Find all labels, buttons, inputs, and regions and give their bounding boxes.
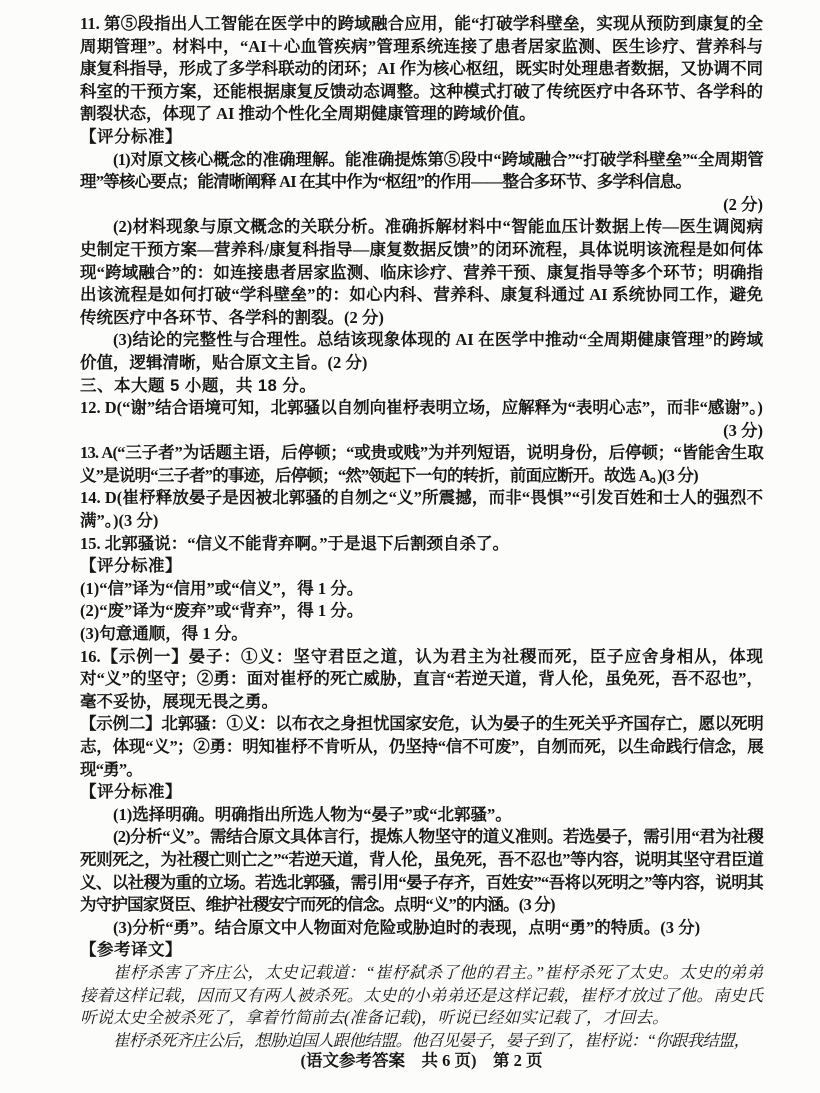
q16-criteria-item-2: (2)分析“义”。需结合原文具体言行，提炼人物坚守的道义准则。若选晏子，需引用“… <box>80 826 763 916</box>
section-3-heading: 三、本大题 5 小题，共 18 分。 <box>80 375 763 398</box>
translation-paragraph-1: 崔杼杀害了齐庄公，太史记载道：“崔杼弑杀了他的君主。”崔杼杀死了太史。太史的弟弟… <box>80 962 763 1030</box>
q15-criteria-item-1: (1)“信”译为“信用”或“信义”，得 1 分。 <box>80 578 763 601</box>
answer-sheet-page: 11. 第⑤段指出人工智能在医学中的跨域融合应用，能“打破学科壁垒，实现从预防到… <box>0 0 820 1093</box>
q11-criteria-score-1: (2 分) <box>80 194 763 217</box>
q15-answer: 15. 北郭骚说：“信义不能背弃啊。”于是退下后割颈自杀了。 <box>80 533 763 556</box>
q15-criteria-item-3: (3)句意通顺，得 1 分。 <box>80 623 763 646</box>
q11-criteria-item-1: (1)对原文核心概念的准确理解。能准确提炼第⑤段中“跨域融合”“打破学科壁垒”“… <box>80 149 763 194</box>
q14-answer: 14. D(崔杼释放晏子是因被北郭骚的自刎之“义”所震撼，而非“畏惧”“引发百姓… <box>80 487 763 532</box>
q11-criteria-item-2: (2)材料现象与原文概念的关联分析。准确拆解材料中“智能血压计数据上传—医生调阅… <box>80 216 763 329</box>
q16-example-1: 16.【示例一】晏子：①义：坚守君臣之道，认为君主为社稷而死，臣子应舍身相从，体… <box>80 646 763 714</box>
q15-criteria-heading: 【评分标准】 <box>80 555 763 578</box>
q11-criteria-heading: 【评分标准】 <box>80 126 763 149</box>
q16-criteria-item-3: (3)分析“勇”。结合原文中人物面对危险或胁迫时的表现，点明“勇”的特质。(3 … <box>80 917 763 940</box>
q11-criteria-item-3: (3)结论的完整性与合理性。总结该现象体现的 AI 在医学中推动“全周期健康管理… <box>80 329 763 374</box>
q11-answer: 11. 第⑤段指出人工智能在医学中的跨域融合应用，能“打破学科壁垒，实现从预防到… <box>80 13 763 126</box>
q16-example-2: 【示例二】北郭骚：①义：以布衣之身担忧国家安危，认为晏子的生死关乎齐国存亡，愿以… <box>80 713 763 781</box>
q15-criteria-item-2: (2)“废”译为“废弃”或“背弃”，得 1 分。 <box>80 600 763 623</box>
reference-translation-heading: 【参考译文】 <box>80 939 763 962</box>
q12-answer: 12. D(“谢”结合语境可知，北郭骚以自刎向崔杼表明立场，应解释为“表明心志”… <box>80 397 763 420</box>
q12-score: (3 分) <box>80 420 763 443</box>
q13-answer: 13. A(“三子者”为话题主语，后停顿；“或贵或贱”为并列短语，说明身份，后停… <box>80 442 763 487</box>
page-footer: (语文参考答案 共 6 页) 第 2 页 <box>80 1047 763 1071</box>
q16-criteria-item-1: (1)选择明确。明确指出所选人物为“晏子”或“北郭骚”。 <box>80 804 763 827</box>
q16-criteria-heading: 【评分标准】 <box>80 781 763 804</box>
